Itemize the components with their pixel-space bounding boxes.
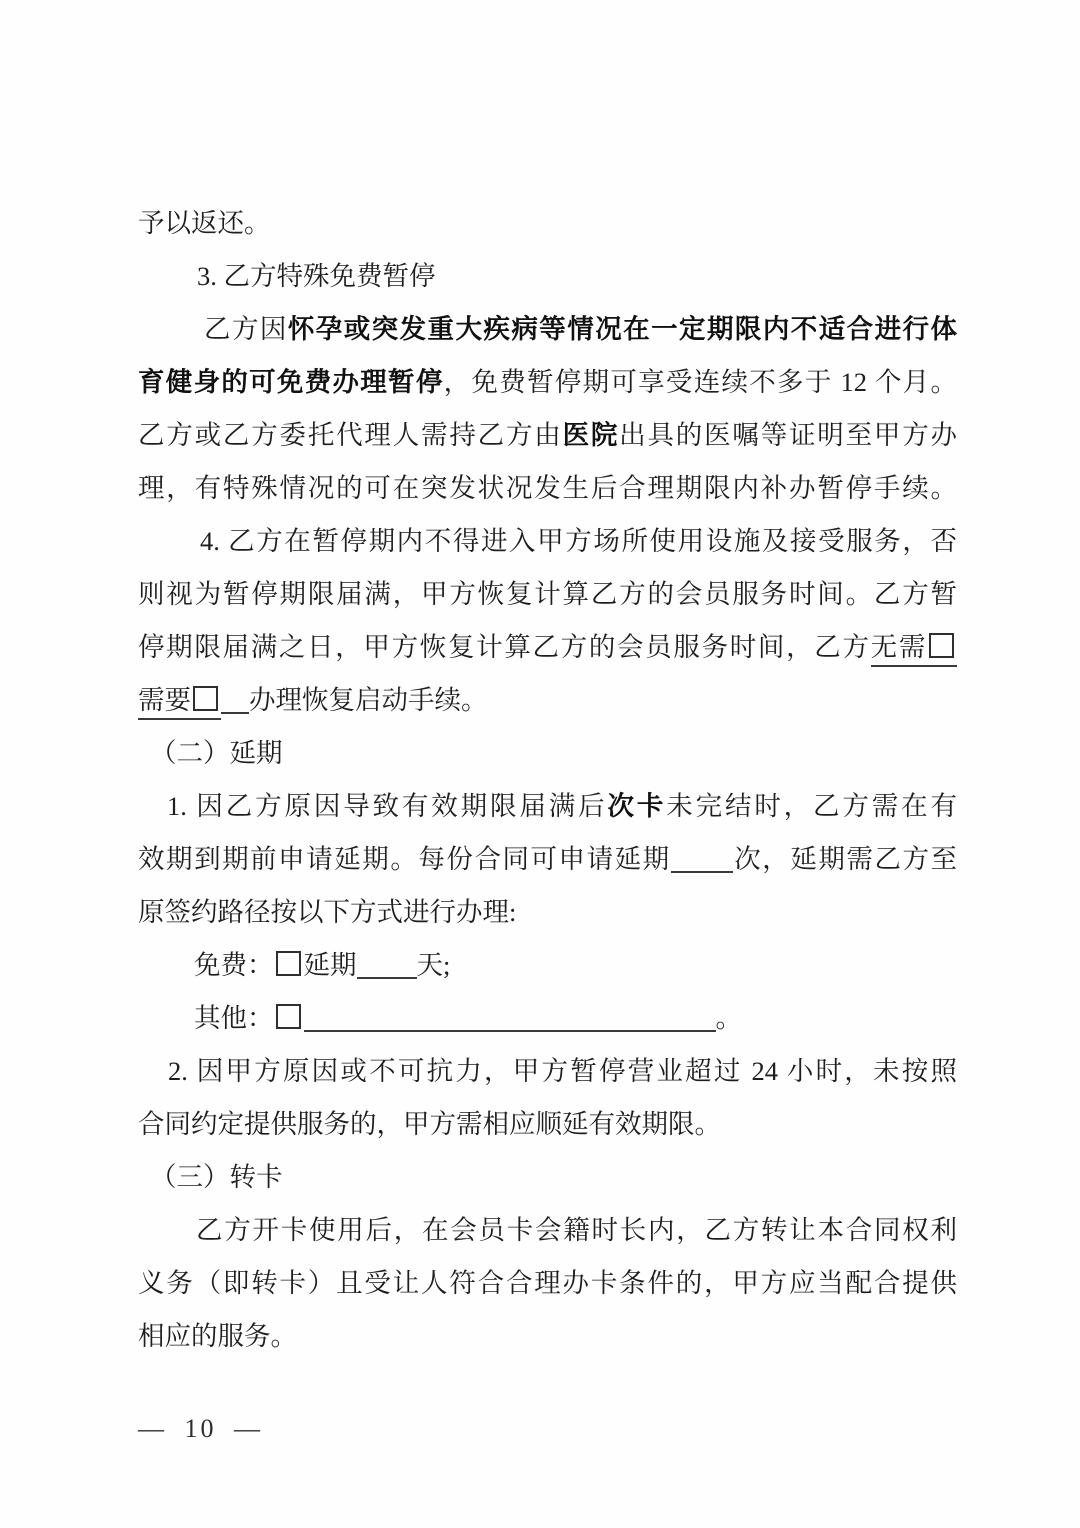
checkbox-square xyxy=(929,633,954,658)
document-body: 予以返还。3. 乙方特殊免费暂停乙方因怀孕或突发重大疾病等情况在一定期限内不适合… xyxy=(138,197,957,1363)
scanned-contract-page: 予以返还。3. 乙方特殊免费暂停乙方因怀孕或突发重大疾病等情况在一定期限内不适合… xyxy=(0,0,1080,1528)
text-line: 2. 因甲方原因或不可抗力，甲方暂停营业超过 24 小时，未按照 xyxy=(138,1045,957,1098)
checkbox-square xyxy=(276,951,301,976)
text-segment: （三）转卡 xyxy=(150,1162,283,1192)
checkbox-icon xyxy=(191,685,221,720)
text-line: 则视为暂停期限届满，甲方恢复计算乙方的会员服务时间。乙方暂 xyxy=(138,568,957,621)
checkbox-square xyxy=(193,686,218,711)
text-line: 义务（即转卡）且受让人符合合理办卡条件的，甲方应当配合提供 xyxy=(138,1257,957,1310)
checkbox-icon xyxy=(927,632,957,667)
blank-fill-in-underline xyxy=(671,845,733,874)
checkbox-icon xyxy=(274,950,304,980)
text-segment: 育健身的可免费办理暂停 xyxy=(138,367,444,397)
blank-fill-in-underline xyxy=(304,1004,716,1033)
text-segment: 停期限届满之日，甲方恢复计算乙方的会员服务时间，乙方 xyxy=(138,632,871,662)
text-segment: 次卡 xyxy=(607,791,666,821)
text-line: 原签约路径按以下方式进行办理: xyxy=(138,886,957,939)
text-segment: 则视为暂停期限届满，甲方恢复计算乙方的会员服务时间。乙方暂 xyxy=(138,579,957,609)
text-line: 乙方或乙方委托代理人需持乙方由医院出具的医嘱等证明至甲方办 xyxy=(138,409,957,462)
text-line: 合同约定提供服务的，甲方需相应顺延有效期限。 xyxy=(138,1098,957,1151)
text-line: 效期到期前申请延期。每份合同可申请延期次，延期需乙方至 xyxy=(138,833,957,886)
text-line: 需要办理恢复启动手续。 xyxy=(138,674,957,727)
text-segment: 怀孕或突发重大疾病等情况在一定期限内不适合进行体 xyxy=(288,314,957,344)
text-segment: 原签约路径按以下方式进行办理: xyxy=(138,897,516,927)
page-footer: — 10 — xyxy=(138,1414,263,1444)
text-segment: 延期 xyxy=(304,950,357,980)
text-line: 理，有特殊情况的可在突发状况发生后合理期限内补办暂停手续。 xyxy=(138,462,957,515)
text-segment: 免费： xyxy=(194,950,274,980)
text-segment: 乙方或乙方委托代理人需持乙方由 xyxy=(138,420,563,450)
text-segment: 义务（即转卡）且受让人符合合理办卡条件的，甲方应当配合提供 xyxy=(138,1268,957,1298)
text-segment: 其他： xyxy=(194,1003,274,1033)
text-line: 1. 因乙方原因导致有效期限届满后次卡未完结时，乙方需在有 xyxy=(138,780,957,833)
text-segment: 需要 xyxy=(138,685,191,720)
blank-fill-in-underline xyxy=(357,951,417,980)
text-segment: 无需 xyxy=(871,632,927,667)
text-line: （二）延期 xyxy=(138,727,957,780)
text-segment: 合同约定提供服务的，甲方需相应顺延有效期限。 xyxy=(138,1109,721,1139)
text-segment: 乙方因 xyxy=(204,314,288,344)
text-segment: 理，有特殊情况的可在突发状况发生后合理期限内补办暂停手续。 xyxy=(138,473,957,503)
text-line: 乙方开卡使用后，在会员卡会籍时长内，乙方转让本合同权利 xyxy=(138,1204,957,1257)
text-segment: 予以返还。 xyxy=(138,208,271,238)
text-segment: 3. 乙方特殊免费暂停 xyxy=(197,261,436,291)
text-segment: 办理恢复启动手续。 xyxy=(249,685,488,715)
text-segment: 未完结时，乙方需在有 xyxy=(666,791,957,821)
text-segment: 出具的医嘱等证明至甲方办 xyxy=(619,420,957,450)
text-segment: 相应的服务。 xyxy=(138,1321,297,1351)
blank-fill-in-underline xyxy=(221,686,249,715)
text-line: 3. 乙方特殊免费暂停 xyxy=(138,250,957,303)
text-segment: 。 xyxy=(716,1003,743,1033)
text-segment: 2. 因甲方原因或不可抗力，甲方暂停营业超过 24 小时，未按照 xyxy=(168,1056,957,1086)
text-segment: 1. 因乙方原因导致有效期限届满后 xyxy=(167,791,607,821)
text-segment: 天; xyxy=(417,950,451,980)
text-line: 免费：延期天; xyxy=(138,939,957,992)
text-line: （三）转卡 xyxy=(138,1151,957,1204)
text-segment: 效期到期前申请延期。每份合同可申请延期 xyxy=(138,844,671,874)
text-segment: ，免费暂停期可享受连续不多于 12 个月。 xyxy=(444,367,957,397)
checkbox-square xyxy=(276,1004,301,1029)
text-segment: 乙方开卡使用后，在会员卡会籍时长内，乙方转让本合同权利 xyxy=(196,1215,957,1245)
text-segment: 医院 xyxy=(563,420,620,450)
checkbox-icon xyxy=(274,1003,304,1033)
text-line: 育健身的可免费办理暂停，免费暂停期可享受连续不多于 12 个月。 xyxy=(138,356,957,409)
text-line: 乙方因怀孕或突发重大疾病等情况在一定期限内不适合进行体 xyxy=(138,303,957,356)
text-segment: （二）延期 xyxy=(150,738,283,768)
text-line: 4. 乙方在暂停期内不得进入甲方场所使用设施及接受服务，否 xyxy=(138,515,957,568)
text-line: 其他：。 xyxy=(138,992,957,1045)
text-line: 予以返还。 xyxy=(138,197,957,250)
text-line: 相应的服务。 xyxy=(138,1310,957,1363)
text-line: 停期限届满之日，甲方恢复计算乙方的会员服务时间，乙方无需 xyxy=(138,621,957,674)
text-segment: 4. 乙方在暂停期内不得进入甲方场所使用设施及接受服务，否 xyxy=(200,526,957,556)
text-segment: 次，延期需乙方至 xyxy=(733,844,957,874)
